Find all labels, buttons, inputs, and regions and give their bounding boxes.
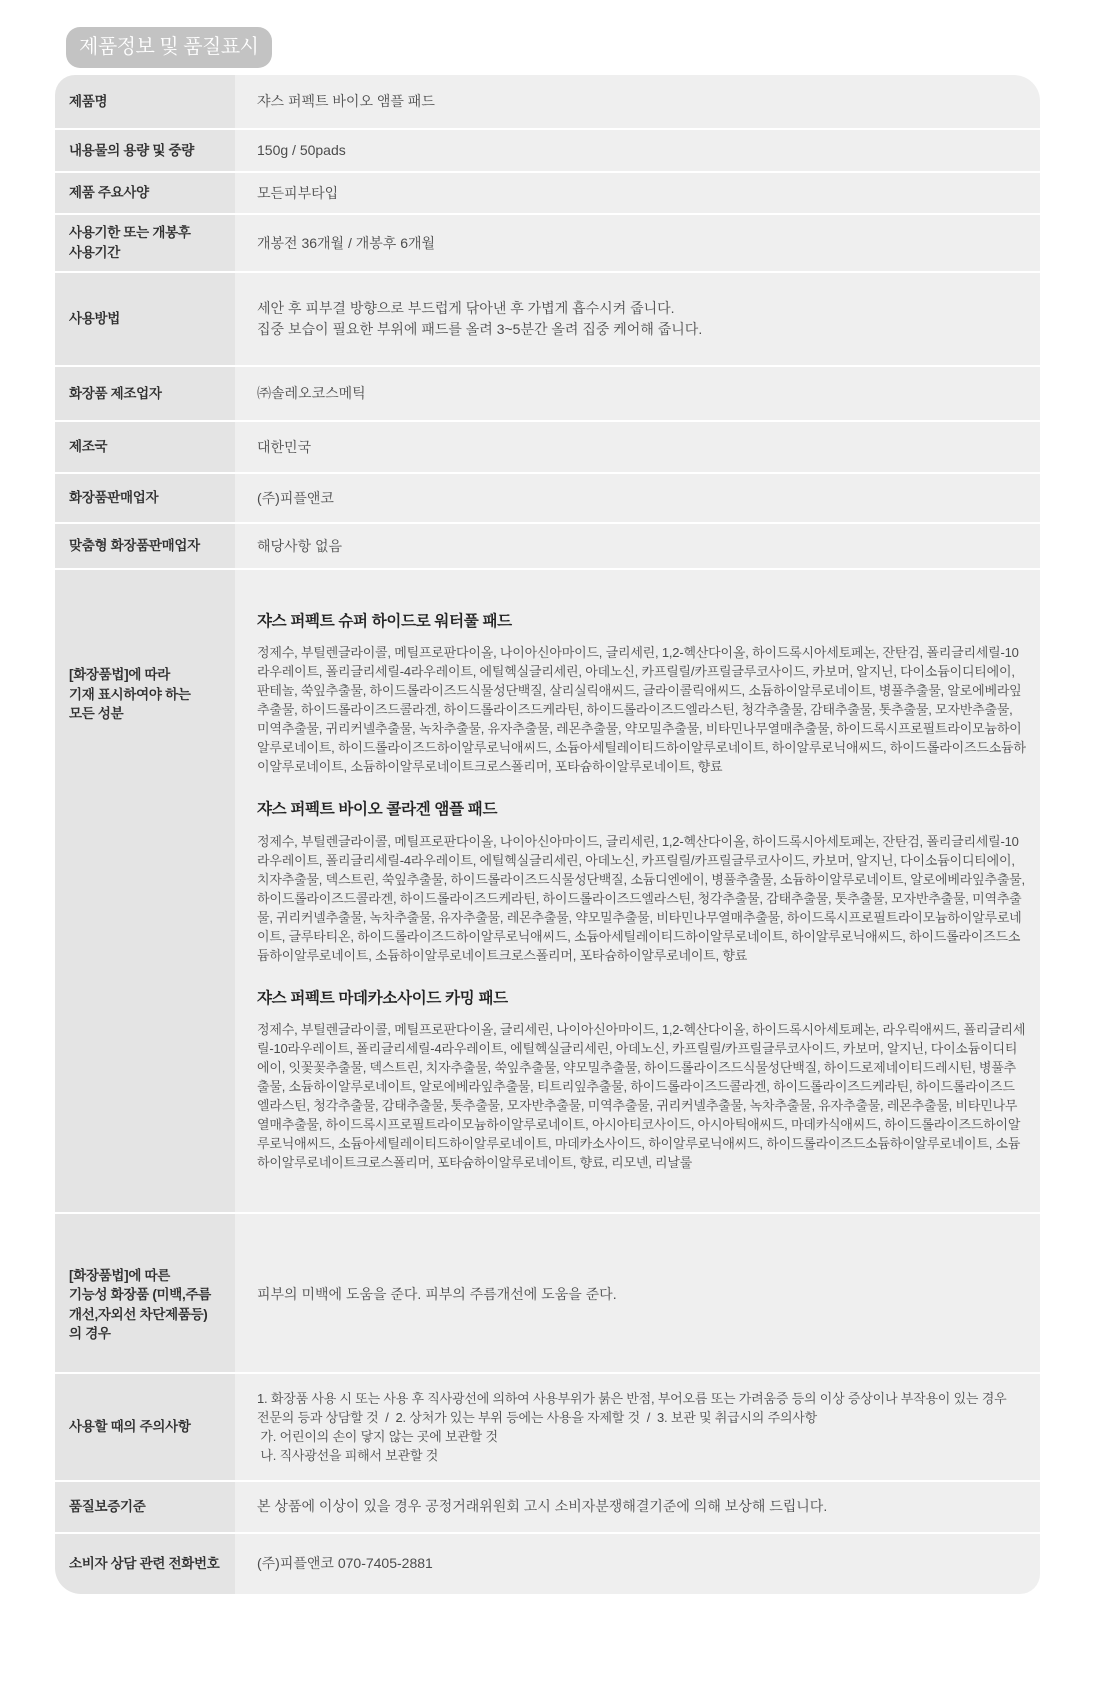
row-specs: 제품 주요사양 모든피부타입 [55, 171, 1040, 213]
row-label: 품질보증기준 [55, 1482, 235, 1532]
row-value: 세안 후 피부결 방향으로 부드럽게 닦아낸 후 가볍게 흡수시켜 줍니다. 집… [235, 273, 1040, 365]
row-value: 쟈스 퍼펙트 바이오 앰플 패드 [235, 75, 1040, 128]
row-label: 화장품판매업자 [55, 474, 235, 522]
row-label: [화장품법]에 따른 기능성 화장품 (미백,주름 개선,자외선 차단제품등) … [55, 1214, 235, 1372]
ingredient-section: 쟈스 퍼펙트 마데카소사이드 카밍 패드 정제수, 부틸렌글라이콜, 메틸프로판… [257, 987, 1026, 1172]
row-value: ㈜솔레오코스메틱 [235, 367, 1040, 420]
row-label: 사용방법 [55, 273, 235, 365]
row-country: 제조국 대한민국 [55, 420, 1040, 472]
product-info-table: 제품명 쟈스 퍼펙트 바이오 앰플 패드 내용물의 용량 및 중량 150g /… [55, 75, 1040, 1594]
row-value: (주)피플앤코 070-7405-2881 [235, 1534, 1040, 1594]
row-label: 제조국 [55, 422, 235, 472]
row-label: 내용물의 용량 및 중량 [55, 130, 235, 171]
ingredient-list: 정제수, 부틸렌글라이콜, 메틸프로판다이올, 나이아신아마이드, 글리세린, … [257, 643, 1026, 776]
row-label: 화장품 제조업자 [55, 367, 235, 420]
row-label: 제품 주요사양 [55, 173, 235, 213]
ingredient-section: 쟈스 퍼펙트 슈퍼 하이드로 워터풀 패드 정제수, 부틸렌글라이콜, 메틸프로… [257, 610, 1026, 776]
ingredient-list: 정제수, 부틸렌글라이콜, 메틸프로판다이올, 나이아신아마이드, 글리세린, … [257, 832, 1026, 965]
row-label: 소비자 상담 관련 전화번호 [55, 1534, 235, 1594]
product-info-page: 제품정보 및 품질표시 제품명 쟈스 퍼펙트 바이오 앰플 패드 내용물의 용량… [0, 0, 1099, 1693]
row-seller: 화장품판매업자 (주)피플앤코 [55, 472, 1040, 522]
row-value: 본 상품에 이상이 있을 경우 공정거래위원회 고시 소비자분쟁해결기준에 의해… [235, 1482, 1040, 1532]
row-value: 개봉전 36개월 / 개봉후 6개월 [235, 215, 1040, 271]
row-value: 150g / 50pads [235, 130, 1040, 171]
row-manufacturer: 화장품 제조업자 ㈜솔레오코스메틱 [55, 365, 1040, 420]
row-value: 모든피부타입 [235, 173, 1040, 213]
row-label: 제품명 [55, 75, 235, 128]
row-caution: 사용할 때의 주의사항 1. 화장품 사용 시 또는 사용 후 직사광선에 의하… [55, 1372, 1040, 1480]
row-value: 대한민국 [235, 422, 1040, 472]
section-title-badge: 제품정보 및 품질표시 [66, 27, 272, 68]
row-label: 사용할 때의 주의사항 [55, 1374, 235, 1480]
row-value: 피부의 미백에 도움을 준다. 피부의 주름개선에 도움을 준다. [235, 1214, 1040, 1372]
row-custom-seller: 맞춤형 화장품판매업자 해당사항 없음 [55, 522, 1040, 568]
row-expiry: 사용기한 또는 개봉후 사용기간 개봉전 36개월 / 개봉후 6개월 [55, 213, 1040, 271]
row-usage: 사용방법 세안 후 피부결 방향으로 부드럽게 닦아낸 후 가볍게 흡수시켜 줍… [55, 271, 1040, 365]
ingredient-section-title: 쟈스 퍼펙트 마데카소사이드 카밍 패드 [257, 987, 1026, 1010]
ingredient-list: 정제수, 부틸렌글라이콜, 메틸프로판다이올, 글리세린, 나이아신아마이드, … [257, 1020, 1026, 1172]
row-functional-claims: [화장품법]에 따른 기능성 화장품 (미백,주름 개선,자외선 차단제품등) … [55, 1212, 1040, 1372]
row-label: 사용기한 또는 개봉후 사용기간 [55, 215, 235, 271]
row-ingredients: [화장품법]에 따라 기재 표시하여야 하는 모든 성분 쟈스 퍼펙트 슈퍼 하… [55, 568, 1040, 1212]
row-value: 해당사항 없음 [235, 524, 1040, 568]
row-volume: 내용물의 용량 및 중량 150g / 50pads [55, 128, 1040, 171]
ingredients-content: 쟈스 퍼펙트 슈퍼 하이드로 워터풀 패드 정제수, 부틸렌글라이콜, 메틸프로… [235, 570, 1040, 1212]
row-value: 1. 화장품 사용 시 또는 사용 후 직사광선에 의하여 사용부위가 붉은 반… [235, 1374, 1040, 1480]
row-label: 맞춤형 화장품판매업자 [55, 524, 235, 568]
ingredient-section-title: 쟈스 퍼펙트 바이오 콜라겐 앰플 패드 [257, 798, 1026, 821]
row-label: [화장품법]에 따라 기재 표시하여야 하는 모든 성분 [55, 570, 235, 1212]
ingredient-section: 쟈스 퍼펙트 바이오 콜라겐 앰플 패드 정제수, 부틸렌글라이콜, 메틸프로판… [257, 798, 1026, 964]
row-contact-phone: 소비자 상담 관련 전화번호 (주)피플앤코 070-7405-2881 [55, 1532, 1040, 1594]
row-product-name: 제품명 쟈스 퍼펙트 바이오 앰플 패드 [55, 75, 1040, 128]
row-warranty: 품질보증기준 본 상품에 이상이 있을 경우 공정거래위원회 고시 소비자분쟁해… [55, 1480, 1040, 1532]
ingredient-section-title: 쟈스 퍼펙트 슈퍼 하이드로 워터풀 패드 [257, 610, 1026, 633]
row-value: (주)피플앤코 [235, 474, 1040, 522]
